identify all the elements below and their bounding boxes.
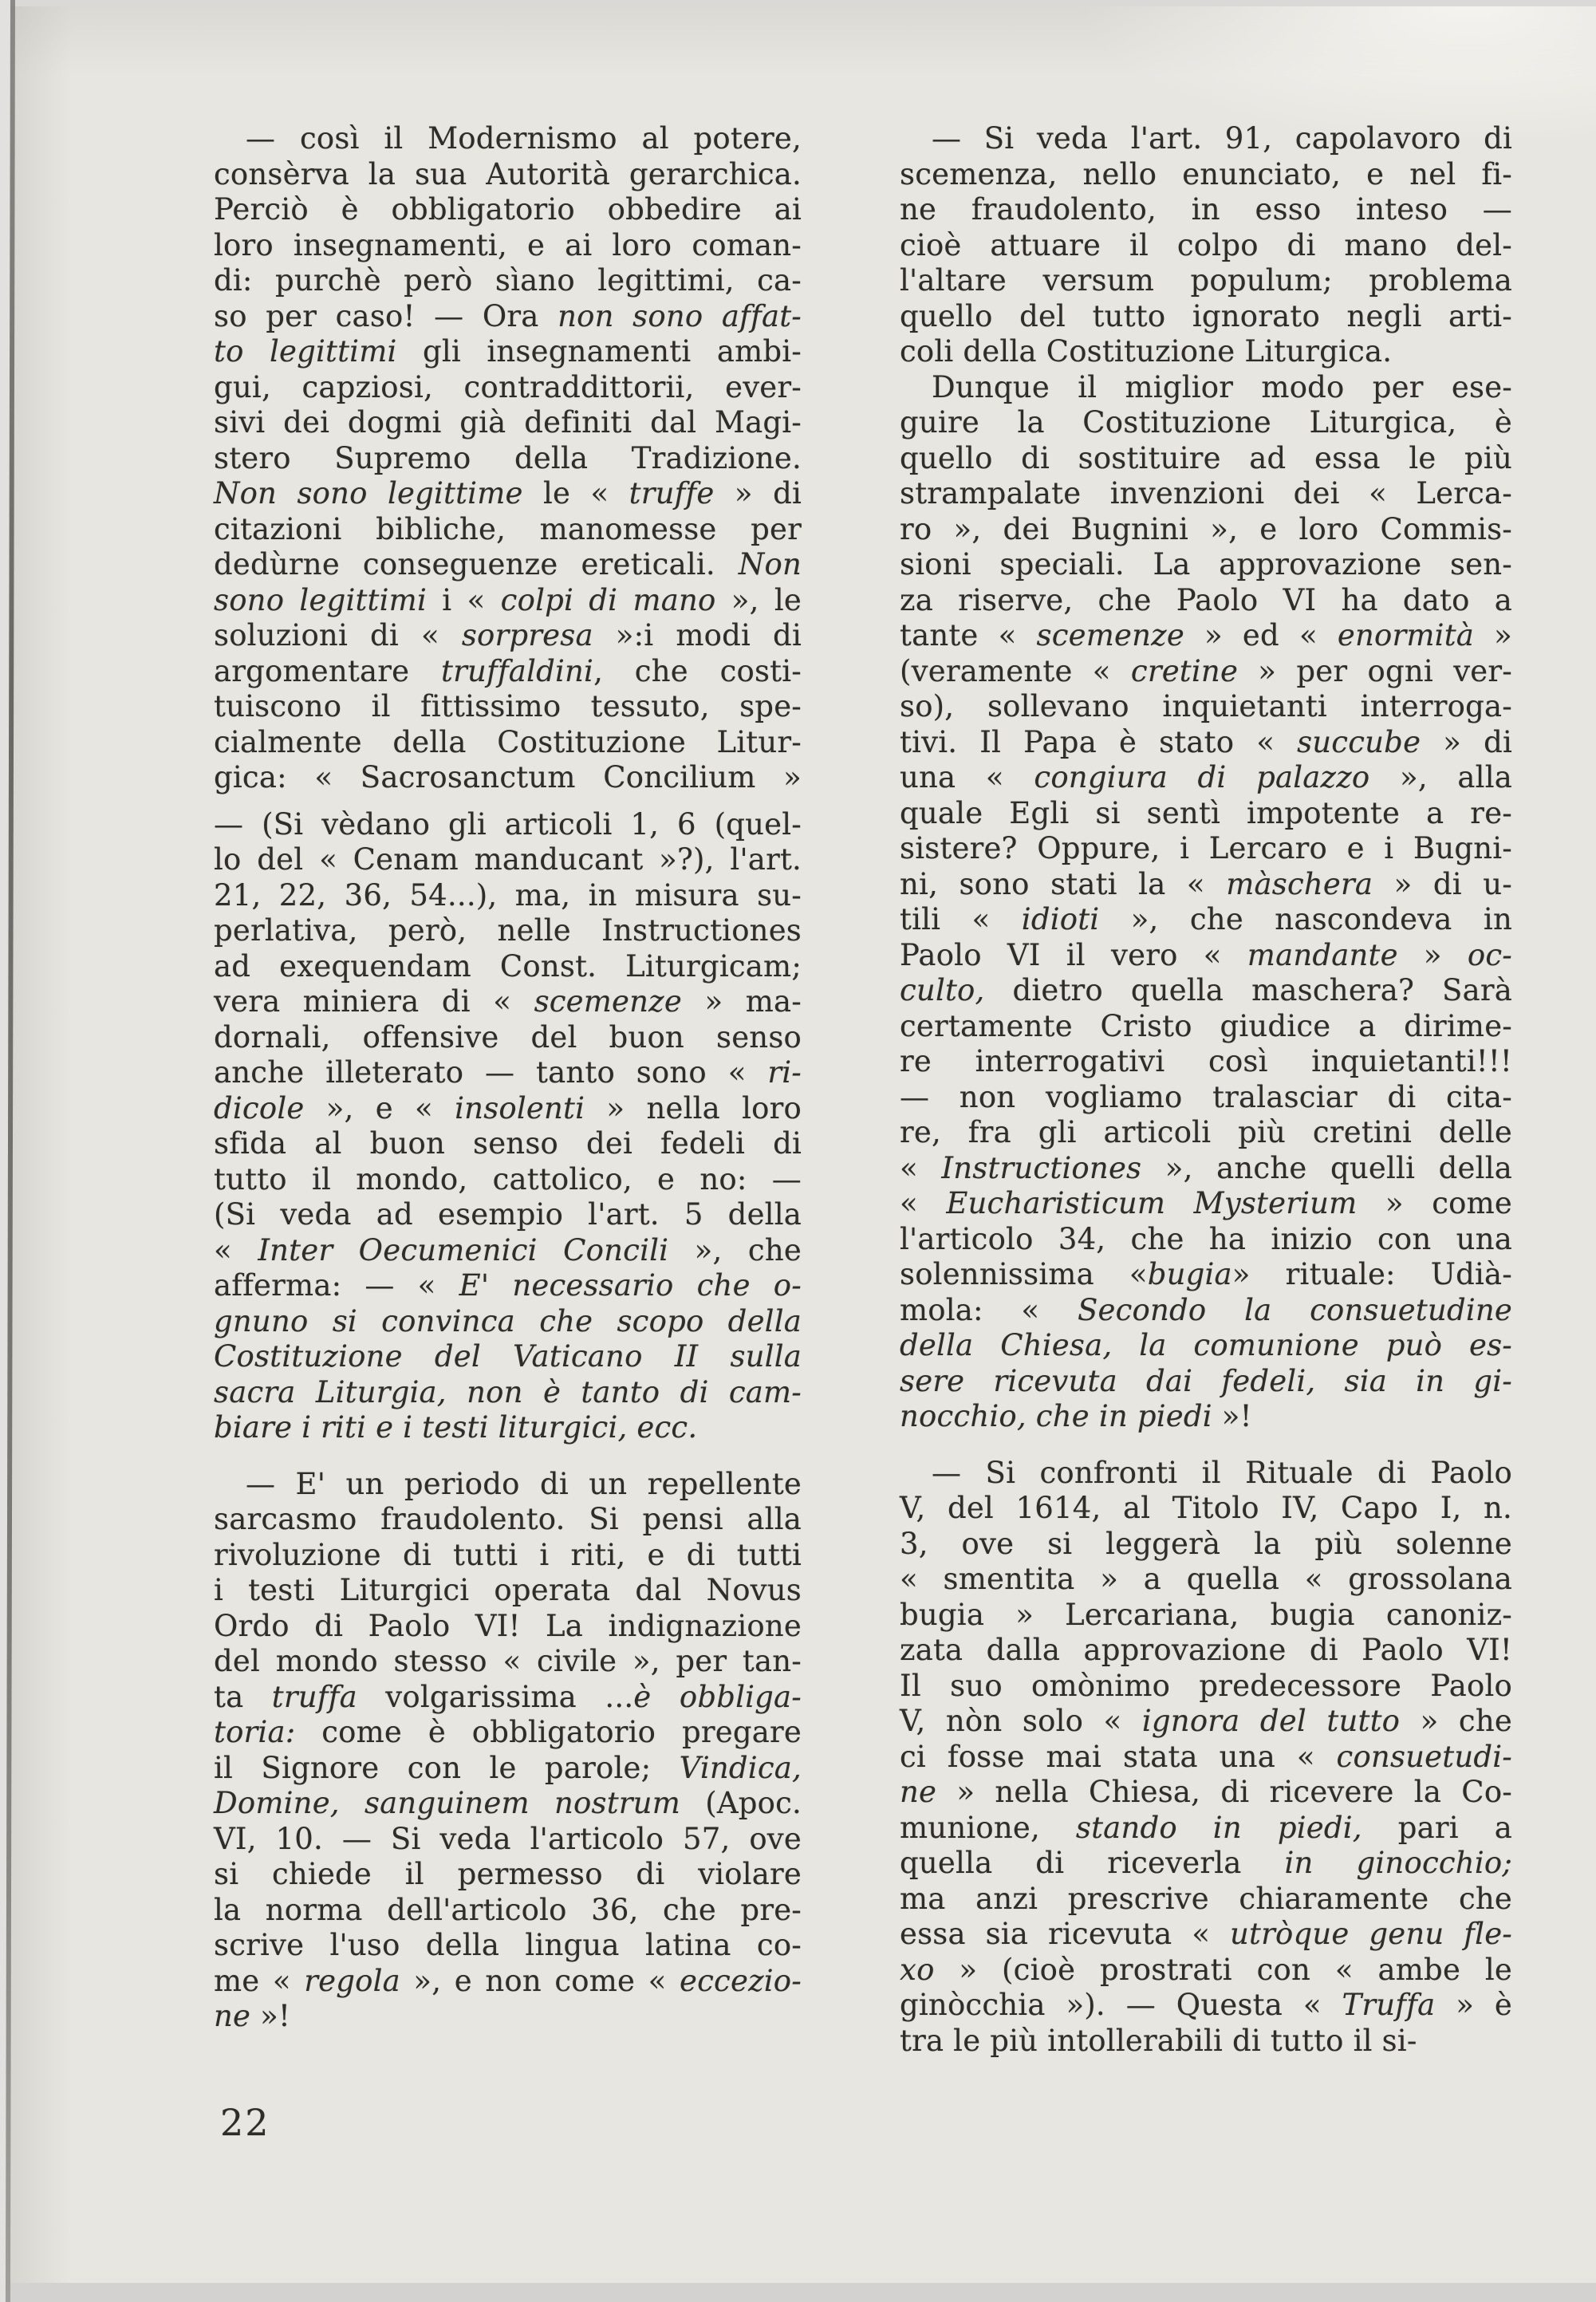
text-run: gica: « Sacrosanctum Concilium » bbox=[214, 760, 802, 794]
italic-text-run: ri- bbox=[767, 1055, 802, 1090]
text-line: il Signore con le parole; Vindica, bbox=[214, 1751, 802, 1787]
text-run: so), sollevano inquietanti interroga- bbox=[900, 689, 1512, 723]
italic-text-run: scemenze bbox=[1037, 618, 1184, 652]
italic-text-run: sere ricevuta dai fedeli, sia in gi- bbox=[900, 1364, 1512, 1398]
scanner-strip-top bbox=[0, 0, 1596, 6]
text-run: lo del « Cenam manducant »?), l'art. bbox=[214, 842, 802, 877]
text-run: quello del tutto ignorato negli arti- bbox=[900, 299, 1512, 333]
text-run: V, nòn solo « bbox=[900, 1704, 1142, 1738]
italic-text-run: Truffa bbox=[1342, 1988, 1436, 2022]
text-line: ad exequendam Const. Liturgicam; bbox=[214, 949, 802, 985]
text-run: 21, 22, 36, 54...), ma, in misura su- bbox=[214, 878, 802, 913]
italic-text-run: cretine bbox=[1131, 654, 1238, 688]
text-run: ni, sono stati la « bbox=[900, 867, 1226, 901]
text-line: to legittimi gli insegnamenti ambi- bbox=[214, 334, 802, 370]
text-run: perlativa, però, nelle Instructiones bbox=[214, 913, 802, 948]
italic-text-run: stando in piedi, bbox=[1076, 1811, 1362, 1845]
text-line: ci fosse mai stata una « consuetudi- bbox=[900, 1740, 1512, 1776]
text-line: strampalate invenzioni dei « Lerca- bbox=[900, 476, 1512, 512]
italic-text-run: Non bbox=[739, 547, 802, 581]
text-line: quello del tutto ignorato negli arti- bbox=[900, 299, 1512, 335]
text-line: Paolo VI il vero « mandante » oc- bbox=[900, 938, 1512, 974]
text-run: », che bbox=[668, 1233, 802, 1267]
text-run: re, fra gli articoli più cretini delle bbox=[900, 1115, 1512, 1149]
text-line: ni, sono stati la « màschera » di u- bbox=[900, 867, 1512, 903]
italic-text-run: truffe bbox=[629, 476, 715, 510]
text-run: — (Si vèdano gli articoli 1, 6 (quel- bbox=[214, 807, 802, 842]
italic-text-run: Domine, sanguinem nostrum bbox=[214, 1786, 680, 1820]
text-line: bugia » Lercariana, bugia canoniz- bbox=[900, 1598, 1512, 1634]
italic-text-run: ne bbox=[900, 1775, 936, 1809]
text-run: me « bbox=[214, 1964, 304, 1998]
text-line: Non sono legittime le « truffe » di bbox=[214, 476, 802, 512]
text-line: ro », dei Bugnini », e loro Commis- bbox=[900, 512, 1512, 548]
italic-text-run: sacra Liturgia, non è tanto di cam- bbox=[214, 1375, 802, 1409]
text-line: solennissima «bugia» rituale: Udià- bbox=[900, 1257, 1512, 1293]
text-run: » bbox=[1474, 618, 1512, 652]
text-run: », e « bbox=[304, 1091, 455, 1125]
text-run: Il suo omònimo predecessore Paolo bbox=[900, 1669, 1512, 1703]
text-run: strampalate invenzioni dei « Lerca- bbox=[900, 476, 1512, 510]
text-run: » (cioè prostrati con « ambe le bbox=[935, 1953, 1512, 1987]
text-run: scrive l'uso della lingua latina co- bbox=[214, 1928, 802, 1962]
text-run: », le bbox=[716, 583, 802, 617]
text-run: anche illeterato — tanto sono « bbox=[214, 1055, 767, 1090]
text-run: » bbox=[1398, 938, 1468, 972]
text-line: scrive l'uso della lingua latina co- bbox=[214, 1928, 802, 1964]
text-run: VI, 10. — Si veda l'articolo 57, ove bbox=[214, 1822, 802, 1856]
italic-text-run: della Chiesa, la comunione può es- bbox=[900, 1328, 1512, 1362]
text-line: me « regola », e non come « eccezio- bbox=[214, 1964, 802, 2000]
text-line: « Eucharisticum Mysterium » come bbox=[900, 1186, 1512, 1222]
text-run: quello di sostituire ad essa le più bbox=[900, 441, 1512, 475]
text-line: sfida al buon senso dei fedeli di bbox=[214, 1126, 802, 1162]
italic-text-run: succube bbox=[1297, 725, 1421, 759]
text-run: quella di riceverla bbox=[900, 1846, 1284, 1880]
text-run: cioè attuare il colpo di mano del- bbox=[900, 228, 1512, 262]
text-line: perlativa, però, nelle Instructiones bbox=[214, 913, 802, 949]
text-run: tili « bbox=[900, 902, 1022, 936]
text-line: zata dalla approvazione di Paolo VI! bbox=[900, 1633, 1512, 1669]
text-run: cialmente della Costituzione Litur- bbox=[214, 725, 802, 759]
text-run: , che costi- bbox=[593, 654, 802, 688]
italic-text-run: sono legittimi bbox=[214, 583, 427, 617]
text-line: V, del 1614, al Titolo IV, Capo I, n. bbox=[900, 1491, 1512, 1527]
text-line: 3, ove si leggerà la più solenne bbox=[900, 1527, 1512, 1563]
text-line: — così il Modernismo al potere, bbox=[214, 121, 802, 157]
italic-text-run: culto, bbox=[900, 973, 985, 1007]
text-run: l'articolo 34, che ha inizio con una bbox=[900, 1222, 1512, 1256]
text-line: V, nòn solo « ignora del tutto » che bbox=[900, 1704, 1512, 1740]
text-line: biare i riti e i testi liturgici, ecc. bbox=[214, 1410, 802, 1446]
text-line: vera miniera di « scemenze » ma- bbox=[214, 984, 802, 1020]
text-line: sere ricevuta dai fedeli, sia in gi- bbox=[900, 1364, 1512, 1400]
text-line: certamente Cristo giudice a dirime- bbox=[900, 1009, 1512, 1045]
text-line: ta truffa volgarissima ...è obbliga- bbox=[214, 1680, 802, 1716]
italic-text-run: xo bbox=[900, 1953, 935, 1987]
text-run: stero Supremo della Tradizione. bbox=[214, 441, 802, 475]
text-line: re interrogativi così inquietanti!!! bbox=[900, 1044, 1512, 1080]
text-run: gli insegnamenti ambi- bbox=[397, 334, 802, 369]
text-run: il Signore con le parole; bbox=[214, 1751, 680, 1785]
text-run: »:i modi di bbox=[593, 618, 802, 652]
scanner-strip-bottom bbox=[0, 2283, 1596, 2302]
text-run: », che nascondeva in bbox=[1099, 902, 1512, 936]
italic-text-run: ignora del tutto bbox=[1142, 1704, 1400, 1738]
text-run: tra le più intollerabili di tutto il si- bbox=[900, 2024, 1417, 2058]
text-line: « smentita » a quella « grossolana bbox=[900, 1562, 1512, 1598]
text-run: » che bbox=[1400, 1704, 1512, 1738]
text-run: volgarissima ... bbox=[357, 1680, 633, 1714]
text-line: quale Egli si sentì impotente a re- bbox=[900, 796, 1512, 832]
text-line: gnuno si convinca che scopo della bbox=[214, 1304, 802, 1340]
text-line: — E' un periodo di un repellente bbox=[214, 1467, 802, 1503]
text-run: — Si confronti il Rituale di Paolo bbox=[932, 1456, 1512, 1490]
text-line: sioni speciali. La approvazione sen- bbox=[900, 547, 1512, 583]
text-run: afferma: — « bbox=[214, 1268, 459, 1303]
text-run: ta bbox=[214, 1680, 272, 1714]
text-line: dedùrne conseguenze ereticali. Non bbox=[214, 547, 802, 583]
italic-text-run: truffa bbox=[272, 1680, 357, 1714]
text-line: 21, 22, 36, 54...), ma, in misura su- bbox=[214, 878, 802, 914]
text-line: ne »! bbox=[214, 1999, 802, 2035]
italic-text-run: to legittimi bbox=[214, 334, 397, 369]
text-run: V, del 1614, al Titolo IV, Capo I, n. bbox=[900, 1491, 1512, 1525]
text-line: consèrva la sua Autorità gerarchica. bbox=[214, 157, 802, 193]
text-run: ne fraudolento, in esso inteso — bbox=[900, 192, 1512, 227]
text-run: tuiscono il fittissimo tessuto, spe- bbox=[214, 689, 802, 723]
italic-text-run: insolenti bbox=[455, 1091, 585, 1125]
left-column: — così il Modernismo al potere,consèrva … bbox=[214, 121, 802, 2035]
page-number: 22 bbox=[220, 2103, 270, 2142]
right-column: — Si veda l'art. 91, capolavoro discemen… bbox=[900, 121, 1512, 2059]
text-line: argomentare truffaldini, che costi- bbox=[214, 654, 802, 690]
text-run: mola: « bbox=[900, 1293, 1078, 1327]
text-run: tivi. Il Papa è stato « bbox=[900, 725, 1297, 759]
text-run: i testi Liturgici operata dal Novus bbox=[214, 1573, 802, 1607]
text-line: tuiscono il fittissimo tessuto, spe- bbox=[214, 689, 802, 725]
text-line: tante « scemenze » ed « enormità » bbox=[900, 618, 1512, 654]
text-line: Domine, sanguinem nostrum (Apoc. bbox=[214, 1786, 802, 1822]
text-run: munione, bbox=[900, 1811, 1076, 1845]
text-run: — E' un periodo di un repellente bbox=[246, 1467, 802, 1501]
text-run: Ordo di Paolo VI! La indignazione bbox=[214, 1609, 802, 1643]
text-line: so per caso! — Ora non sono affat- bbox=[214, 299, 802, 335]
text-run: scemenza, nello enunciato, e nel fi- bbox=[900, 157, 1512, 191]
text-line: xo » (cioè prostrati con « ambe le bbox=[900, 1953, 1512, 1989]
text-run: — Si veda l'art. 91, capolavoro di bbox=[932, 121, 1512, 156]
text-run: bugia » Lercariana, bugia canoniz- bbox=[900, 1598, 1512, 1632]
text-line: i testi Liturgici operata dal Novus bbox=[214, 1573, 802, 1609]
text-line: sacra Liturgia, non è tanto di cam- bbox=[214, 1375, 802, 1411]
text-run: si chiede il permesso di violare bbox=[214, 1857, 802, 1891]
text-run: sarcasmo fraudolento. Si pensi alla bbox=[214, 1502, 802, 1536]
text-line: toria: come è obbligatorio pregare bbox=[214, 1715, 802, 1751]
italic-text-run: Costituzione del Vaticano II sulla bbox=[214, 1339, 802, 1374]
text-line: tutto il mondo, cattolico, e no: — bbox=[214, 1162, 802, 1198]
text-line: soluzioni di « sorpresa »:i modi di bbox=[214, 618, 802, 654]
text-line: za riserve, che Paolo VI ha dato a bbox=[900, 583, 1512, 619]
text-run: « bbox=[900, 1151, 941, 1185]
text-line: ne » nella Chiesa, di ricevere la Co- bbox=[900, 1775, 1512, 1811]
text-run: « bbox=[214, 1233, 258, 1267]
text-run: loro insegnamenti, e ai loro coman- bbox=[214, 228, 802, 262]
text-line: gui, capziosi, contraddittorii, ever- bbox=[214, 370, 802, 406]
text-line: VI, 10. — Si veda l'articolo 57, ove bbox=[214, 1822, 802, 1858]
text-line: l'altare versum populum; problema bbox=[900, 263, 1512, 299]
italic-text-run: consuetudi- bbox=[1337, 1740, 1512, 1774]
italic-text-run: Secondo la consuetudine bbox=[1078, 1293, 1512, 1327]
text-run: coli della Costituzione Liturgica. bbox=[900, 334, 1392, 369]
text-line: cioè attuare il colpo di mano del- bbox=[900, 228, 1512, 264]
text-run: so per caso! — Ora bbox=[214, 299, 558, 333]
text-run: » ma- bbox=[682, 984, 802, 1019]
text-run: sioni speciali. La approvazione sen- bbox=[900, 547, 1512, 581]
text-run: » di u- bbox=[1373, 867, 1512, 901]
text-run: di: purchè però sìano legittimi, ca- bbox=[214, 263, 802, 298]
text-run: vera miniera di « bbox=[214, 984, 534, 1019]
text-run: ad exequendam Const. Liturgicam; bbox=[214, 949, 802, 983]
text-line: sistere? Oppure, i Lercaro e i Bugni- bbox=[900, 831, 1512, 867]
text-line: si chiede il permesso di violare bbox=[214, 1857, 802, 1893]
text-run: citazioni bibliche, manomesse per bbox=[214, 512, 802, 546]
text-run: dornali, offensive del buon senso bbox=[214, 1020, 802, 1054]
text-line: « Instructiones », anche quelli della bbox=[900, 1151, 1512, 1187]
text-run: », alla bbox=[1369, 760, 1512, 794]
text-line: Ordo di Paolo VI! La indignazione bbox=[214, 1609, 802, 1645]
italic-text-run: congiura di palazzo bbox=[1034, 760, 1369, 794]
text-run: » di bbox=[715, 476, 802, 510]
text-line: tili « idioti », che nascondeva in bbox=[900, 902, 1512, 938]
text-line: afferma: — « E' necessario che o- bbox=[214, 1268, 802, 1304]
text-run: » come bbox=[1357, 1186, 1512, 1220]
italic-text-run: dicole bbox=[214, 1091, 304, 1125]
text-line: coli della Costituzione Liturgica. bbox=[900, 334, 1512, 370]
text-line: re, fra gli articoli più cretini delle bbox=[900, 1115, 1512, 1151]
italic-text-run: regola bbox=[304, 1964, 400, 1998]
text-run: del mondo stesso « civile », per tan- bbox=[214, 1644, 802, 1678]
text-line: del mondo stesso « civile », per tan- bbox=[214, 1644, 802, 1680]
text-run: soluzioni di « bbox=[214, 618, 462, 652]
text-line: stero Supremo della Tradizione. bbox=[214, 441, 802, 477]
text-run: (Si veda ad esempio l'art. 5 della bbox=[214, 1197, 802, 1232]
text-run: ci fosse mai stata una « bbox=[900, 1740, 1337, 1774]
italic-text-run: Instructiones bbox=[941, 1151, 1141, 1185]
text-line: ne fraudolento, in esso inteso — bbox=[900, 192, 1512, 228]
text-run: Dunque il miglior modo per ese- bbox=[932, 370, 1512, 404]
text-line: mola: « Secondo la consuetudine bbox=[900, 1293, 1512, 1329]
text-run: Paolo VI il vero « bbox=[900, 938, 1247, 972]
text-line: (veramente « cretine » per ogni ver- bbox=[900, 654, 1512, 690]
text-line: cialmente della Costituzione Litur- bbox=[214, 725, 802, 761]
text-line: lo del « Cenam manducant »?), l'art. bbox=[214, 842, 802, 878]
text-line: so), sollevano inquietanti interroga- bbox=[900, 689, 1512, 725]
text-run: certamente Cristo giudice a dirime- bbox=[900, 1009, 1512, 1043]
text-run: una « bbox=[900, 760, 1034, 794]
italic-text-run: scemenze bbox=[534, 984, 682, 1019]
italic-text-run: E' necessario che o- bbox=[459, 1268, 802, 1303]
text-run: dietro quella maschera? Sarà bbox=[985, 973, 1513, 1007]
text-line: Dunque il miglior modo per ese- bbox=[900, 370, 1512, 406]
text-line: scemenza, nello enunciato, e nel fi- bbox=[900, 157, 1512, 193]
text-run: » ed « bbox=[1184, 618, 1338, 652]
text-run: sivi dei dogmi già definiti dal Magi- bbox=[214, 405, 802, 440]
text-run: quale Egli si sentì impotente a re- bbox=[900, 796, 1512, 830]
text-run: » rituale: Udià- bbox=[1232, 1257, 1512, 1291]
text-run: gui, capziosi, contraddittorii, ever- bbox=[214, 370, 802, 404]
text-line: rivoluzione di tutti i riti, e di tutti bbox=[214, 1538, 802, 1574]
text-run: solennissima « bbox=[900, 1257, 1148, 1291]
italic-text-run: ne bbox=[214, 1999, 250, 2033]
text-line: Costituzione del Vaticano II sulla bbox=[214, 1339, 802, 1375]
text-run: »! bbox=[1212, 1399, 1252, 1433]
text-line: citazioni bibliche, manomesse per bbox=[214, 512, 802, 548]
text-run: ma anzi prescrive chiaramente che bbox=[900, 1882, 1512, 1916]
text-run: come è obbligatorio pregare bbox=[295, 1715, 802, 1749]
text-line: sono legittimi i « colpi di mano », le bbox=[214, 583, 802, 619]
text-run: (veramente « bbox=[900, 654, 1131, 688]
text-line: di: purchè però sìano legittimi, ca- bbox=[214, 263, 802, 299]
text-line: « Inter Oecumenici Concili », che bbox=[214, 1233, 802, 1269]
text-run: sistere? Oppure, i Lercaro e i Bugni- bbox=[900, 831, 1512, 865]
text-line: sivi dei dogmi già definiti dal Magi- bbox=[214, 405, 802, 441]
text-run: zata dalla approvazione di Paolo VI! bbox=[900, 1633, 1512, 1667]
italic-text-run: nocchio, che in piedi bbox=[900, 1399, 1212, 1433]
text-run: tutto il mondo, cattolico, e no: — bbox=[214, 1162, 802, 1196]
text-run: » di bbox=[1421, 725, 1512, 759]
text-run: » nella loro bbox=[585, 1091, 802, 1125]
text-line: Perciò è obbligatorio obbedire ai bbox=[214, 192, 802, 228]
text-run: za riserve, che Paolo VI ha dato a bbox=[900, 583, 1512, 617]
text-run: guire la Costituzione Liturgica, è bbox=[900, 405, 1512, 440]
text-run: re interrogativi così inquietanti!!! bbox=[900, 1044, 1512, 1078]
text-run: essa sia ricevuta « bbox=[900, 1917, 1230, 1951]
text-line: quello di sostituire ad essa le più bbox=[900, 441, 1512, 477]
text-run: argomentare bbox=[214, 654, 441, 688]
text-line: dornali, offensive del buon senso bbox=[214, 1020, 802, 1056]
text-line: ginòcchia »). — Questa « Truffa » è bbox=[900, 1988, 1512, 2024]
text-line: essa sia ricevuta « utròque genu fle- bbox=[900, 1917, 1512, 1953]
text-line: (Si veda ad esempio l'art. 5 della bbox=[214, 1197, 802, 1233]
scanned-page: — così il Modernismo al potere,consèrva … bbox=[0, 0, 1596, 2302]
text-line: culto, dietro quella maschera? Sarà bbox=[900, 973, 1512, 1009]
text-line: — non vogliamo tralasciar di cita- bbox=[900, 1080, 1512, 1116]
text-run: », anche quelli della bbox=[1141, 1151, 1512, 1185]
text-line: della Chiesa, la comunione può es- bbox=[900, 1328, 1512, 1364]
text-run: « smentita » a quella « grossolana bbox=[900, 1562, 1512, 1596]
text-line: una « congiura di palazzo », alla bbox=[900, 760, 1512, 796]
text-run: rivoluzione di tutti i riti, e di tutti bbox=[214, 1538, 802, 1572]
italic-text-run: in ginocchio; bbox=[1284, 1846, 1512, 1880]
text-run: » per ogni ver- bbox=[1238, 654, 1512, 688]
text-run: i « bbox=[427, 583, 501, 617]
text-run: (Apoc. bbox=[680, 1786, 802, 1820]
text-run: — così il Modernismo al potere, bbox=[246, 121, 802, 156]
italic-text-run: truffaldini bbox=[441, 654, 593, 688]
text-run: « bbox=[900, 1186, 946, 1220]
text-run: sfida al buon senso dei fedeli di bbox=[214, 1126, 802, 1161]
text-run: — non vogliamo tralasciar di cita- bbox=[900, 1080, 1512, 1114]
italic-text-run: utròque genu fle- bbox=[1230, 1917, 1512, 1951]
italic-text-run: Vindica, bbox=[680, 1751, 802, 1785]
text-line: quella di riceverla in ginocchio; bbox=[900, 1846, 1512, 1882]
italic-text-run: biare i riti e i testi liturgici, ecc. bbox=[214, 1410, 697, 1445]
italic-text-run: oc- bbox=[1468, 938, 1512, 972]
text-run: la norma dell'articolo 36, che pre- bbox=[214, 1893, 802, 1927]
text-run: »! bbox=[250, 1999, 290, 2033]
text-line: guire la Costituzione Liturgica, è bbox=[900, 405, 1512, 441]
italic-text-run: sorpresa bbox=[462, 618, 593, 652]
text-line: — Si veda l'art. 91, capolavoro di bbox=[900, 121, 1512, 157]
text-run: ro », dei Bugnini », e loro Commis- bbox=[900, 512, 1512, 546]
italic-text-run: idioti bbox=[1022, 902, 1100, 936]
text-line: tivi. Il Papa è stato « succube » di bbox=[900, 725, 1512, 761]
text-line: tra le più intollerabili di tutto il si- bbox=[900, 2024, 1512, 2060]
italic-text-run: toria: bbox=[214, 1715, 295, 1749]
text-run: » nella Chiesa, di ricevere la Co- bbox=[936, 1775, 1512, 1809]
text-run: » è bbox=[1435, 1988, 1512, 2022]
text-run: tante « bbox=[900, 618, 1037, 652]
text-line: nocchio, che in piedi »! bbox=[900, 1399, 1512, 1435]
text-line: gica: « Sacrosanctum Concilium » bbox=[214, 760, 802, 796]
italic-text-run: colpi di mano bbox=[501, 583, 716, 617]
text-run: le « bbox=[523, 476, 629, 510]
text-line: sarcasmo fraudolento. Si pensi alla bbox=[214, 1502, 802, 1538]
text-run: ginòcchia »). — Questa « bbox=[900, 1988, 1342, 2022]
text-line: loro insegnamenti, e ai loro coman- bbox=[214, 228, 802, 264]
italic-text-run: enormità bbox=[1338, 618, 1474, 652]
text-line: — (Si vèdano gli articoli 1, 6 (quel- bbox=[214, 807, 802, 843]
text-run: l'altare versum populum; problema bbox=[900, 263, 1512, 298]
italic-text-run: gnuno si convinca che scopo della bbox=[214, 1304, 802, 1338]
text-run: consèrva la sua Autorità gerarchica. bbox=[214, 157, 802, 191]
text-line: — Si confronti il Rituale di Paolo bbox=[900, 1456, 1512, 1492]
text-line: munione, stando in piedi, pari a bbox=[900, 1811, 1512, 1847]
text-line: Il suo omònimo predecessore Paolo bbox=[900, 1669, 1512, 1705]
italic-text-run: Eucharisticum Mysterium bbox=[946, 1186, 1357, 1220]
italic-text-run: màschera bbox=[1226, 867, 1373, 901]
italic-text-run: eccezio- bbox=[680, 1964, 802, 1998]
italic-text-run: Inter Oecumenici Concili bbox=[258, 1233, 668, 1267]
italic-text-run: Non sono legittime bbox=[214, 476, 523, 510]
text-line: anche illeterato — tanto sono « ri- bbox=[214, 1055, 802, 1091]
text-run: dedùrne conseguenze ereticali. bbox=[214, 547, 739, 581]
text-run: pari a bbox=[1362, 1811, 1512, 1845]
italic-text-run: mandante bbox=[1247, 938, 1398, 972]
text-run: 3, ove si leggerà la più solenne bbox=[900, 1527, 1512, 1561]
italic-text-run: non sono affat- bbox=[558, 299, 802, 333]
text-run: », e non come « bbox=[400, 1964, 680, 1998]
text-line: la norma dell'articolo 36, che pre- bbox=[214, 1893, 802, 1929]
italic-text-run: è obbliga- bbox=[633, 1680, 802, 1714]
text-line: ma anzi prescrive chiaramente che bbox=[900, 1882, 1512, 1918]
text-line: dicole », e « insolenti » nella loro bbox=[214, 1091, 802, 1127]
italic-text-run: bugia bbox=[1148, 1257, 1232, 1291]
text-line: l'articolo 34, che ha inizio con una bbox=[900, 1222, 1512, 1258]
text-run: Perciò è obbligatorio obbedire ai bbox=[214, 192, 802, 227]
